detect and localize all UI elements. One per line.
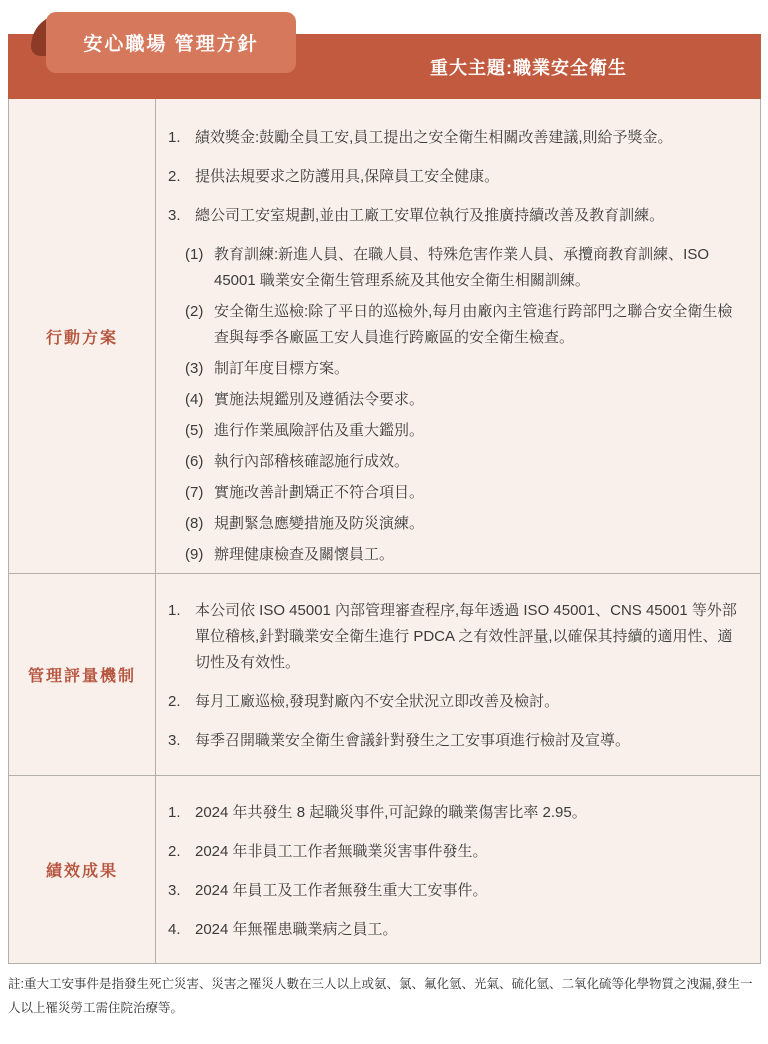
document-page: 行動方案 1. 績效獎金:鼓勵全員工安,員工提出之安全衛生相關改善建議,則給予獎…	[0, 0, 768, 1044]
sub-item-number: (8)	[185, 511, 214, 537]
list-item: 1. 績效獎金:鼓勵全員工安,員工提出之安全衛生相關改善建議,則給予獎金。	[168, 125, 746, 151]
sub-list-item: (9) 辦理健康檢查及關懷員工。	[185, 542, 746, 568]
sub-item-text: 教育訓練:新進人員、在職人員、特殊危害作業人員、承攬商教育訓練、ISO 4500…	[214, 242, 746, 294]
sub-item-number: (5)	[185, 418, 214, 444]
sub-list-item: (6) 執行內部稽核確認施行成效。	[185, 449, 746, 475]
sub-list-item: (5) 進行作業風險評估及重大鑑別。	[185, 418, 746, 444]
sub-item-number: (6)	[185, 449, 214, 475]
item-text: 每季召開職業安全衛生會議針對發生之工安事項進行檢討及宣導。	[195, 728, 746, 754]
sub-item-number: (1)	[185, 242, 214, 294]
item-number: 2.	[168, 689, 195, 715]
sub-item-text: 實施法規鑑別及遵循法令要求。	[214, 387, 746, 413]
list-item: 3. 2024 年員工及工作者無發生重大工安事件。	[168, 878, 746, 904]
policy-ribbon-tab: 安心職場 管理方針	[46, 12, 296, 73]
sub-list-item: (8) 規劃緊急應變措施及防災演練。	[185, 511, 746, 537]
list-item: 2. 2024 年非員工工作者無職業災害事件發生。	[168, 839, 746, 865]
sub-list-item: (7) 實施改善計劃矯正不符合項目。	[185, 480, 746, 506]
item-number: 1.	[168, 598, 195, 676]
list-item: 1. 本公司依 ISO 45001 內部管理審查程序,每年透過 ISO 4500…	[168, 598, 746, 676]
policy-table: 行動方案 1. 績效獎金:鼓勵全員工安,員工提出之安全衛生相關改善建議,則給予獎…	[8, 99, 761, 964]
sub-item-number: (9)	[185, 542, 214, 568]
item-text: 每月工廠巡檢,發現對廠內不安全狀況立即改善及檢討。	[195, 689, 746, 715]
ribbon-tab-title: 安心職場 管理方針	[83, 29, 258, 56]
sub-item-text: 執行內部稽核確認施行成效。	[214, 449, 746, 475]
footnote: 註:重大工安事件是指發生死亡災害、災害之罹災人數在三人以上或氨、氯、氟化氫、光氣…	[8, 972, 755, 1020]
list-item: 3. 每季召開職業安全衛生會議針對發生之工安事項進行檢討及宣導。	[168, 728, 746, 754]
sub-item-number: (7)	[185, 480, 214, 506]
item-number: 1.	[168, 800, 195, 826]
header-bar-title: 重大主題:職業安全衛生	[296, 34, 761, 99]
row-label-text: 績效成果	[46, 858, 118, 881]
sub-item-text: 制訂年度目標方案。	[214, 356, 746, 382]
item-text: 績效獎金:鼓勵全員工安,員工提出之安全衛生相關改善建議,則給予獎金。	[195, 125, 746, 151]
item-number: 4.	[168, 917, 195, 943]
list-item: 4. 2024 年無罹患職業病之員工。	[168, 917, 746, 943]
item-text: 本公司依 ISO 45001 內部管理審查程序,每年透過 ISO 45001、C…	[195, 598, 746, 676]
sub-list-item: (1) 教育訓練:新進人員、在職人員、特殊危害作業人員、承攬商教育訓練、ISO …	[185, 242, 746, 294]
sub-item-number: (2)	[185, 299, 214, 351]
item-number: 3.	[168, 203, 195, 229]
item-number: 3.	[168, 728, 195, 754]
sub-item-text: 辦理健康檢查及關懷員工。	[214, 542, 746, 568]
row-label-evaluation: 管理評量機制	[9, 574, 156, 775]
item-number: 3.	[168, 878, 195, 904]
row-label-text: 管理評量機制	[28, 663, 136, 686]
sub-item-text: 安全衛生巡檢:除了平日的巡檢外,每月由廠內主管進行跨部門之聯合安全衛生檢查與每季…	[214, 299, 746, 351]
item-text: 2024 年無罹患職業病之員工。	[195, 917, 746, 943]
item-text: 提供法規要求之防護用具,保障員工安全健康。	[195, 164, 746, 190]
table-row-results: 績效成果 1. 2024 年共發生 8 起職災事件,可記錄的職業傷害比率 2.9…	[9, 775, 760, 963]
item-text: 總公司工安室規劃,並由工廠工安單位執行及推廣持續改善及教育訓練。	[195, 203, 746, 229]
item-number: 1.	[168, 125, 195, 151]
row-label-results: 績效成果	[9, 776, 156, 963]
row-content-results: 1. 2024 年共發生 8 起職災事件,可記錄的職業傷害比率 2.95。 2.…	[156, 776, 760, 963]
sub-list-item: (4) 實施法規鑑別及遵循法令要求。	[185, 387, 746, 413]
item-text: 2024 年非員工工作者無職業災害事件發生。	[195, 839, 746, 865]
item-text: 2024 年共發生 8 起職災事件,可記錄的職業傷害比率 2.95。	[195, 800, 746, 826]
list-item: 3. 總公司工安室規劃,並由工廠工安單位執行及推廣持續改善及教育訓練。	[168, 203, 746, 229]
sub-list-item: (2) 安全衛生巡檢:除了平日的巡檢外,每月由廠內主管進行跨部門之聯合安全衛生檢…	[185, 299, 746, 351]
table-row-evaluation: 管理評量機制 1. 本公司依 ISO 45001 內部管理審查程序,每年透過 I…	[9, 573, 760, 775]
item-number: 2.	[168, 164, 195, 190]
list-item: 2. 提供法規要求之防護用具,保障員工安全健康。	[168, 164, 746, 190]
sub-item-number: (3)	[185, 356, 214, 382]
item-text: 2024 年員工及工作者無發生重大工安事件。	[195, 878, 746, 904]
sub-item-number: (4)	[185, 387, 214, 413]
row-label-action-plan: 行動方案	[9, 99, 156, 573]
table-row-action-plan: 行動方案 1. 績效獎金:鼓勵全員工安,員工提出之安全衛生相關改善建議,則給予獎…	[9, 99, 760, 573]
row-label-text: 行動方案	[46, 325, 118, 348]
sub-item-text: 實施改善計劃矯正不符合項目。	[214, 480, 746, 506]
list-item: 2. 每月工廠巡檢,發現對廠內不安全狀況立即改善及檢討。	[168, 689, 746, 715]
row-content-action-plan: 1. 績效獎金:鼓勵全員工安,員工提出之安全衛生相關改善建議,則給予獎金。 2.…	[156, 99, 760, 573]
sub-item-text: 規劃緊急應變措施及防災演練。	[214, 511, 746, 537]
sub-list-item: (3) 制訂年度目標方案。	[185, 356, 746, 382]
list-item: 1. 2024 年共發生 8 起職災事件,可記錄的職業傷害比率 2.95。	[168, 800, 746, 826]
row-content-evaluation: 1. 本公司依 ISO 45001 內部管理審查程序,每年透過 ISO 4500…	[156, 574, 760, 775]
sub-item-text: 進行作業風險評估及重大鑑別。	[214, 418, 746, 444]
item-number: 2.	[168, 839, 195, 865]
